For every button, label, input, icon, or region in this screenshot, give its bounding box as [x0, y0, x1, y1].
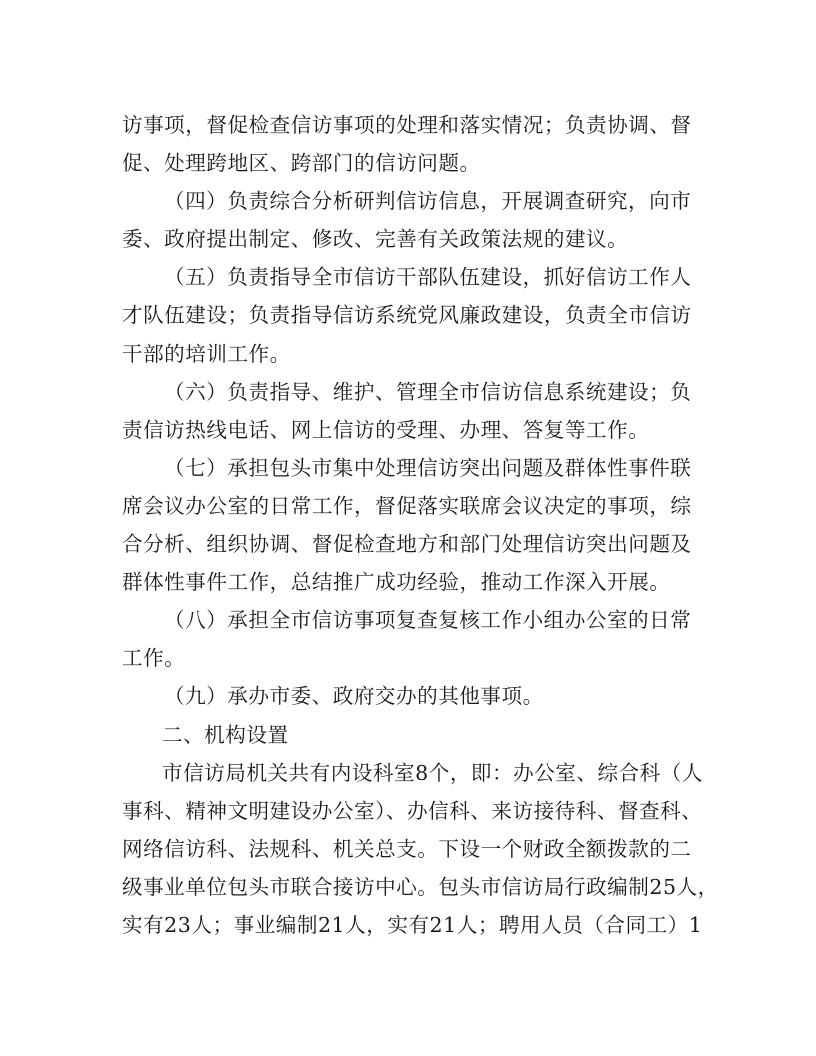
- text-line: 群体性事件工作，总结推广成功经验，推动工作深入开展。: [122, 563, 694, 601]
- text-line: 访事项，督促检查信访事项的处理和落实情况；负责协调、督: [122, 106, 694, 144]
- text-line: 级事业单位包头市联合接访中心。包头市信访局行政编制25人，: [122, 868, 694, 906]
- text-line: 席会议办公室的日常工作，督促落实联席会议决定的事项，综: [122, 487, 694, 525]
- text-line: 才队伍建设；负责指导信访系统党风廉政建设，负责全市信访: [122, 296, 694, 334]
- text-line: 合分析、组织协调、督促检查地方和部门处理信访突出问题及: [122, 525, 694, 563]
- text-line: 事科、精神文明建设办公室）、办信科、来访接待科、督查科、: [122, 792, 694, 830]
- paragraph-item-8: （八）承担全市信访事项复查复核工作小组办公室的日常: [122, 601, 694, 639]
- text-line: 实有23人；事业编制21人，实有21人；聘用人员（合同工）1: [122, 906, 694, 944]
- paragraph-item-7: （七）承担包头市集中处理信访突出问题及群体性事件联: [122, 449, 694, 487]
- paragraph-item-9: （九）承办市委、政府交办的其他事项。: [122, 677, 694, 715]
- paragraph-item-5: （五）负责指导全市信访干部队伍建设，抓好信访工作人: [122, 258, 694, 296]
- paragraph-item-4: （四）负责综合分析研判信访信息，开展调查研究，向市: [122, 182, 694, 220]
- text-line: 网络信访科、法规科、机关总支。下设一个财政全额拨款的二: [122, 830, 694, 868]
- text-line: 责信访热线电话、网上信访的受理、办理、答复等工作。: [122, 411, 694, 449]
- text-line: 促、处理跨地区、跨部门的信访问题。: [122, 144, 694, 182]
- text-line: 工作。: [122, 639, 694, 677]
- document-page: 访事项，督促检查信访事项的处理和落实情况；负责协调、督 促、处理跨地区、跨部门的…: [122, 106, 694, 944]
- paragraph-item-6: （六）负责指导、维护、管理全市信访信息系统建设；负: [122, 373, 694, 411]
- section-heading: 二、机构设置: [122, 716, 694, 754]
- text-line: 委、政府提出制定、修改、完善有关政策法规的建议。: [122, 220, 694, 258]
- text-line: 干部的培训工作。: [122, 335, 694, 373]
- paragraph-org-structure: 市信访局机关共有内设科室8个，即：办公室、综合科（人: [122, 754, 694, 792]
